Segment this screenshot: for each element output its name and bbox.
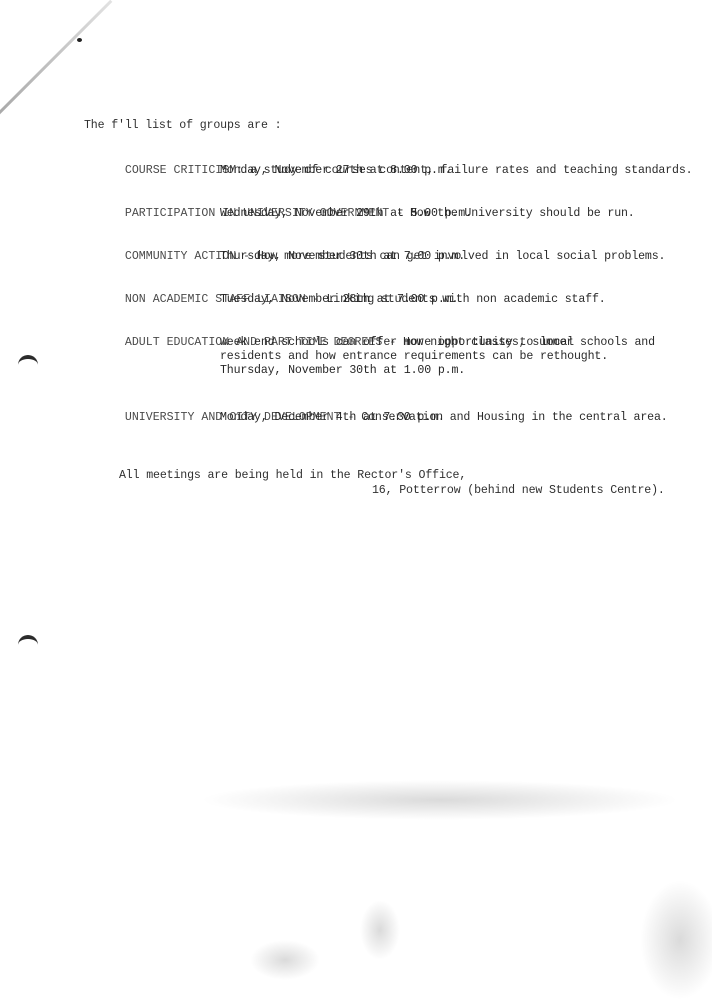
group-description-continued: residents and how entrance requirements … bbox=[220, 350, 608, 364]
typewritten-page: The f'll list of groups are : COURSE CRI… bbox=[0, 0, 712, 1007]
footer-line-1: All meetings are being held in the Recto… bbox=[119, 469, 466, 483]
group-schedule: Thursday, November 30th at 1.00 p.m. bbox=[220, 364, 465, 378]
scan-smudge bbox=[250, 940, 320, 980]
punch-hole-mark-bottom bbox=[18, 635, 38, 645]
fold-mark bbox=[77, 38, 82, 42]
group-schedule: Thursday, November 30th at 7.00 p.m. bbox=[220, 250, 465, 264]
group-description-continued: week end schools can offer more opportun… bbox=[220, 336, 574, 350]
scan-smudge bbox=[200, 780, 680, 820]
intro-line: The f'll list of groups are : bbox=[84, 119, 281, 133]
punch-hole-mark-top bbox=[18, 355, 38, 365]
scan-smudge bbox=[640, 880, 712, 1000]
group-schedule: Tuesday, November 28th at 7.00 p.m. bbox=[220, 293, 458, 307]
group-schedule: Monday, November 27th at 8.00 p.m. bbox=[220, 164, 451, 178]
scan-smudge bbox=[360, 900, 400, 960]
paper-fold-crease bbox=[0, 0, 112, 122]
group-schedule: Monday, December 4th at 7.30 p.m. bbox=[220, 411, 445, 425]
footer-line-2: 16, Potterrow (behind new Students Centr… bbox=[372, 484, 665, 498]
group-schedule: Wednesday, November 29th at 5.00 p.m. bbox=[220, 207, 472, 221]
